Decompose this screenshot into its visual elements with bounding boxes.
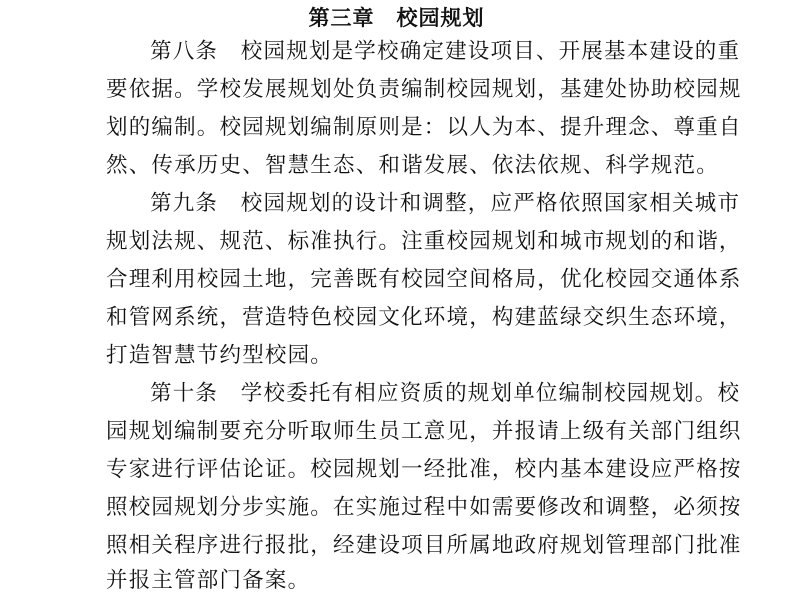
article-9-line-1: 第九条 校园规划的设计和调整，应严格依照国家相关城市 [150, 189, 734, 219]
article-8-line-3: 划的编制。校园规划编制原则是：以人为本、提升理念、尊重自 [106, 113, 690, 143]
article-10-line-4: 照校园规划分步实施。在实施过程中如需要修改和调整，必须按 [106, 493, 690, 523]
article-10-line-2: 园规划编制要充分听取师生员工意见，并报请上级有关部门组织 [106, 417, 690, 447]
article-9-line-5: 打造智慧节约型校园。 [106, 341, 690, 371]
article-10-line-6: 并报主管部门备案。 [106, 566, 690, 595]
article-8-line-4: 然、传承历史、智慧生态、和谐发展、依法依规、科学规范。 [106, 151, 690, 181]
article-9-line-3: 合理利用校园土地，完善既有校园空间格局，优化校园交通体系 [106, 265, 690, 295]
article-8-line-1: 第八条 校园规划是学校确定建设项目、开展基本建设的重 [150, 37, 734, 67]
article-10-line-5: 照相关程序进行报批，经建设项目所属地政府规划管理部门批准 [106, 531, 690, 561]
article-8-line-2: 要依据。学校发展规划处负责编制校园规划，基建处协助校园规 [106, 75, 690, 105]
chapter-heading: 第三章校园规划 [0, 3, 793, 33]
chapter-number: 第三章 [309, 6, 375, 30]
article-9-line-4: 和管网系统，营造特色校园文化环境，构建蓝绿交织生态环境， [106, 303, 690, 333]
article-10-line-1: 第十条 学校委托有相应资质的规划单位编制校园规划。校 [150, 379, 734, 409]
article-10-line-3: 专家进行评估论证。校园规划一经批准，校内基本建设应严格按 [106, 455, 690, 485]
chapter-title: 校园规划 [397, 6, 485, 30]
article-9-line-2: 规划法规、规范、标准执行。注重校园规划和城市规划的和谐， [106, 227, 690, 257]
